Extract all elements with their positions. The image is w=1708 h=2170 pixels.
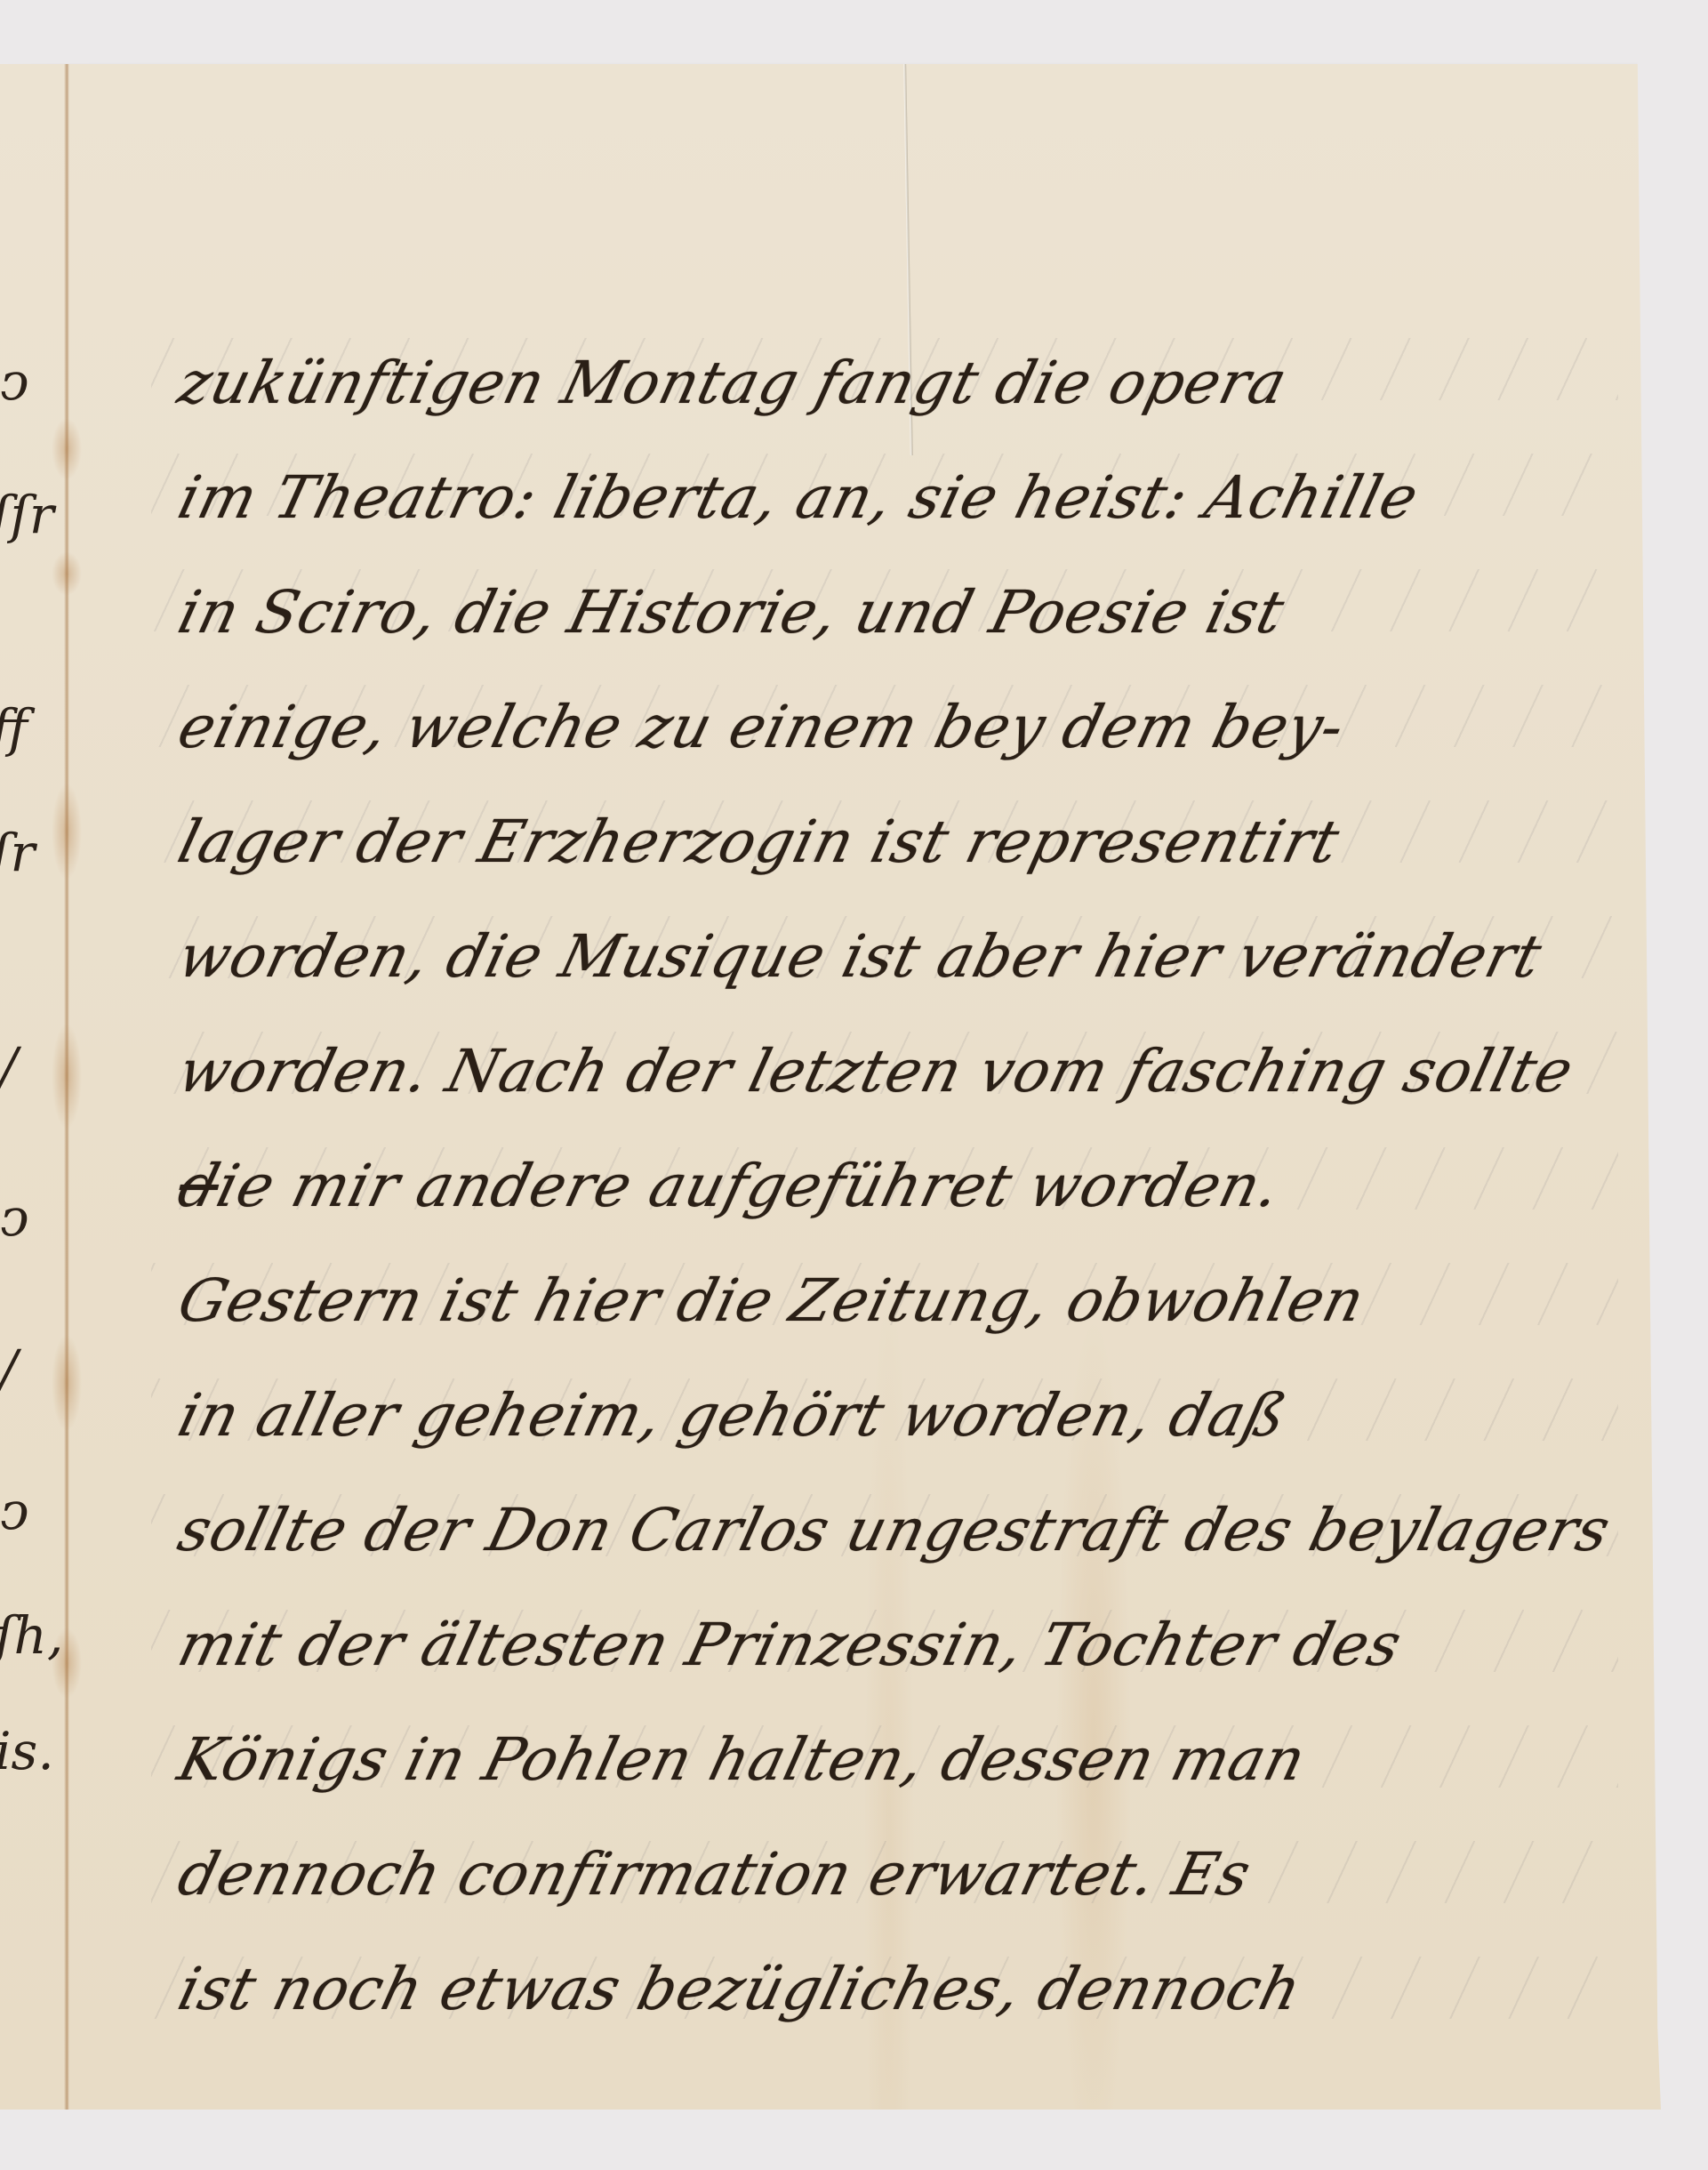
manuscript-line: mit der ältesten Prinzessin, Tochter des: [160, 1611, 1682, 1725]
manuscript-line: sollte der Don Carlos ungestraft des bey…: [160, 1496, 1682, 1611]
fragment: /: [0, 1041, 18, 1092]
fragment: ↄ: [0, 1192, 28, 1243]
fragment: ↄ: [0, 1485, 28, 1537]
fragment: ff: [0, 703, 28, 754]
fragment: ſr: [0, 827, 35, 879]
left-page-fragments: ↄ ſſr ff ſr / ↄ / ↄ ſh, is.: [0, 338, 64, 1850]
manuscript-line: Gestern ist hier die Zeitung, obwohlen: [160, 1266, 1682, 1381]
fragment: ↄ: [0, 356, 28, 407]
manuscript-line: ist noch etwas bezügliches, dennoch: [160, 1955, 1682, 2070]
fragment: is.: [0, 1725, 54, 1777]
manuscript-line: in Sciro, die Historie, und Poesie ist: [160, 578, 1682, 693]
fragment: ſh,: [0, 1610, 63, 1661]
manuscript-text: zukünftigen Montag fangt die opera im Th…: [160, 349, 1654, 2070]
manuscript-line: worden, die Musique ist aber hier veränd…: [160, 922, 1682, 1037]
manuscript-line: zukünftigen Montag fangt die opera: [160, 349, 1682, 463]
manuscript-line: die mir andere aufgeführet worden.: [160, 1152, 1682, 1266]
fragment: /: [0, 1343, 18, 1394]
manuscript-line: einige, welche zu einem bey dem bey-: [160, 693, 1682, 808]
manuscript-line: dennoch confirmation erwartet. Es: [160, 1840, 1682, 1955]
manuscript-line: im Theatro: liberta, an, sie heist: Achi…: [160, 463, 1682, 578]
manuscript-line: lager der Erzherzogin ist representirt: [160, 808, 1682, 922]
manuscript-line: worden. Nach der letzten vom fasching so…: [160, 1037, 1682, 1152]
fragment: ſſr: [0, 489, 54, 541]
manuscript-line: in aller geheim, gehört worden, daß: [160, 1381, 1682, 1496]
manuscript-line: Königs in Pohlen halten, dessen man: [160, 1725, 1682, 1840]
